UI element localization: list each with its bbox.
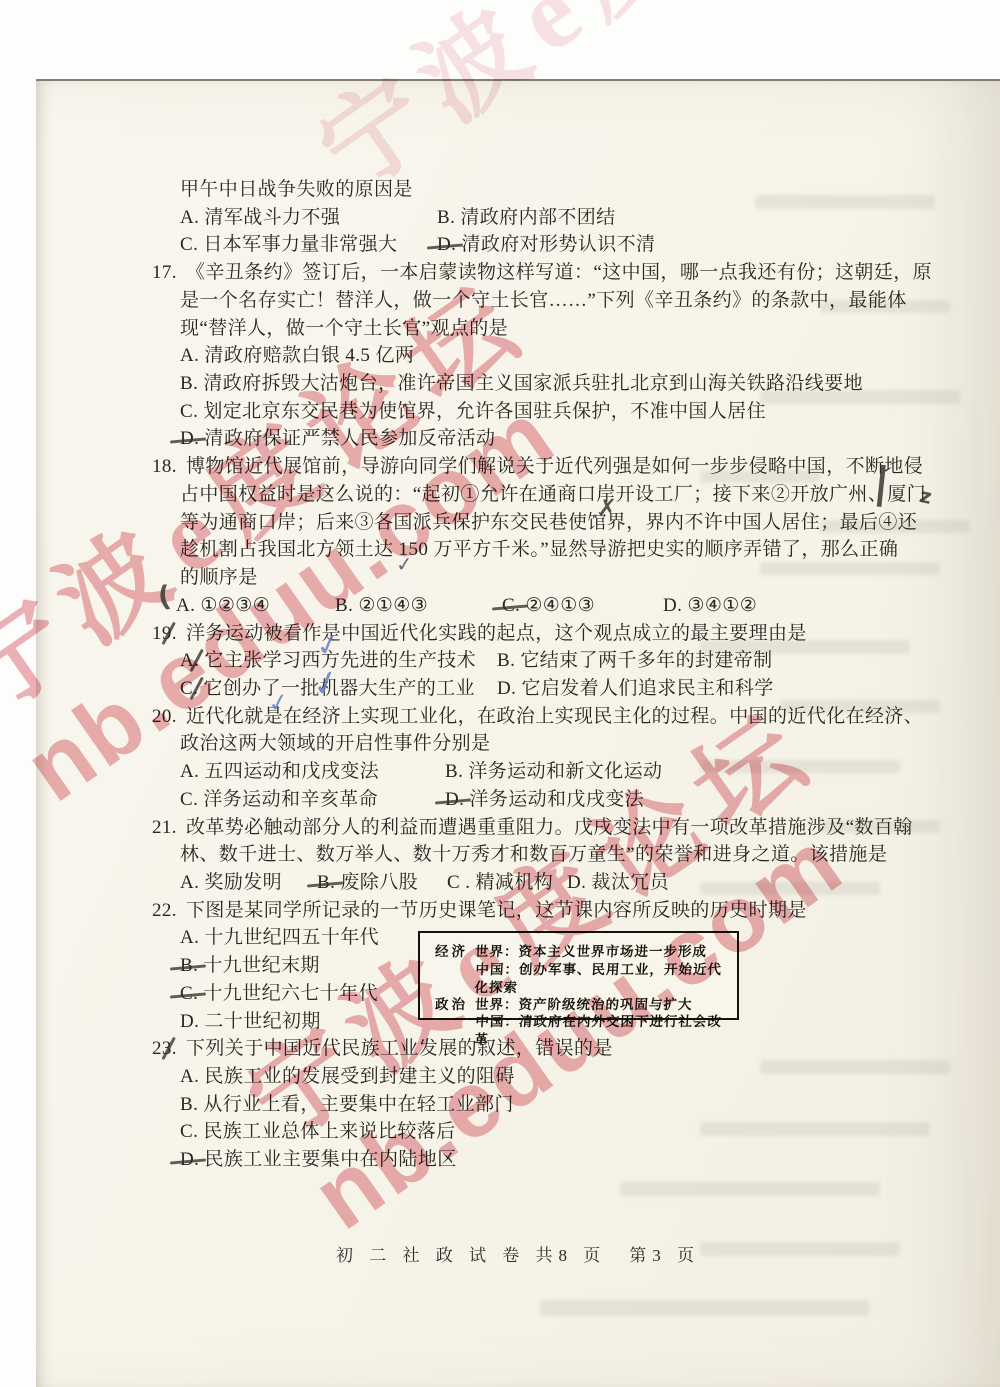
text-segment: B. 十九世纪末期 bbox=[180, 953, 320, 979]
text-segment: C. 日本军事力量非常强大 bbox=[180, 232, 397, 258]
text-segment: B. 从行业上看，主要集中在轻工业部门 bbox=[180, 1092, 514, 1118]
text-segment: D. 清政府对形势认识不清 bbox=[437, 232, 655, 258]
text-segment: 《辛丑条约》签订后，一本启蒙读物这样写道：“这中国，哪一点我还有份；这朝廷，原 bbox=[186, 260, 932, 286]
text-segment: 洋务运动被看作是中国近代化实践的起点，这个观点成立的最主要理由是 bbox=[186, 621, 807, 647]
text-segment: D. 裁汰冗员 bbox=[567, 870, 669, 896]
text-segment: C. ②④①③ bbox=[502, 593, 595, 619]
notes-row: 政治世界：资产阶级统治的巩固与扩大 bbox=[435, 996, 731, 1014]
text-segment: C. 十九世纪六七十年代 bbox=[180, 981, 378, 1007]
notes-label bbox=[435, 961, 475, 996]
text-segment: A. 它主张学习西方先进的生产技术 bbox=[180, 648, 476, 674]
text-row: 政治这两大领域的开启性事件分别是 bbox=[0, 731, 1000, 759]
notes-text: 中国：清政府在内外交困下进行社会改革 bbox=[474, 1013, 732, 1048]
text-row: A. 它主张学习西方先进的生产技术B. 它结束了两千多年的封建帝制 bbox=[0, 648, 1000, 676]
text-segment: 18. bbox=[152, 454, 177, 480]
text-row: A. 奖励发明B. 废除八股C . 精减机构D. 裁汰冗员 bbox=[0, 870, 1000, 898]
text-row: 等为通商口岸；后来③各国派兵保护东交民巷使馆界，界内不许中国人居住；最后④还 bbox=[0, 510, 1000, 538]
text-row: D. 清政府保证严禁人民参加反帝活动 bbox=[0, 426, 1000, 454]
text-segment: 趁机割占我国北方领土达 150 万平方千米。”显然导游把史实的顺序弄错了，那么正… bbox=[180, 537, 898, 563]
text-row: C. 它创办了一批机器大生产的工业D. 它启发着人们追求民主和科学 bbox=[0, 676, 1000, 704]
text-row: B. 从行业上看，主要集中在轻工业部门 bbox=[0, 1092, 1000, 1120]
text-row: 现“替洋人，做一个守土长官”观点的是 bbox=[0, 316, 1000, 344]
text-row: 趁机割占我国北方领土达 150 万平方千米。”显然导游把史实的顺序弄错了，那么正… bbox=[0, 537, 1000, 565]
text-row: 19.洋务运动被看作是中国近代化实践的起点，这个观点成立的最主要理由是 bbox=[0, 621, 1000, 649]
text-row: 22.下图是某同学所记录的一节历史课笔记，这节课内容所反映的历史时期是 bbox=[0, 898, 1000, 926]
lecture-notes-box: 经济世界：资本主义世界市场进一步形成中国：创办军事、民用工业，开始近代化探索政治… bbox=[418, 931, 739, 1020]
text-row: B. 清政府拆毁大沽炮台，准许帝国主义国家派兵驻扎北京到山海关铁路沿线要地 bbox=[0, 371, 1000, 399]
text-segment: C. 它创办了一批机器大生产的工业 bbox=[180, 676, 475, 702]
text-segment: B. 它结束了两千多年的封建帝制 bbox=[497, 648, 773, 674]
text-segment: C . 精减机构 bbox=[447, 870, 553, 896]
text-row: C. 民族工业总体上来说比较落后 bbox=[0, 1119, 1000, 1147]
text-segment: 是一个名存实亡！替洋人，做一个守土长官……”下列《辛丑条约》的条款中，最能体 bbox=[180, 288, 907, 314]
text-segment: 23. bbox=[152, 1036, 177, 1062]
bleed-through-blob bbox=[620, 1182, 880, 1196]
text-segment: 博物馆近代展馆前，导游向同学们解说关于近代列强是如何一步步侵略中国，不断地侵 bbox=[186, 454, 923, 480]
text-segment: B. 清政府内部不团结 bbox=[437, 205, 616, 231]
text-segment: 占中国权益时是这么说的：“起初①允许在通商口岸开设工厂；接下来②开放广州、厦门 bbox=[180, 482, 926, 508]
text-segment: C. 划定北京东交民巷为使馆界，允许各国驻兵保护，不准中国人居住 bbox=[180, 399, 766, 425]
notes-row: 经济世界：资本主义世界市场进一步形成 bbox=[435, 943, 731, 961]
notes-text: 世界：资本主义世界市场进一步形成 bbox=[475, 943, 732, 961]
notes-label: 政治 bbox=[435, 996, 475, 1014]
scanned-exam-page: 甲午中日战争失败的原因是A. 清军战斗力不强B. 清政府内部不团结C. 日本军事… bbox=[0, 0, 1000, 1387]
text-row: 21.改革势必触动部分人的利益而遭遇重重阻力。戊戌变法中有一项改革措施涉及“数百… bbox=[0, 815, 1000, 843]
text-segment: C. 洋务运动和辛亥革命 bbox=[180, 787, 378, 813]
text-row: C. 划定北京东交民巷为使馆界，允许各国驻兵保护，不准中国人居住 bbox=[0, 399, 1000, 427]
text-row: C. 日本军事力量非常强大D. 清政府对形势认识不清 bbox=[0, 232, 1000, 260]
text-row: 是一个名存实亡！替洋人，做一个守土长官……”下列《辛丑条约》的条款中，最能体 bbox=[0, 288, 1000, 316]
text-row: 占中国权益时是这么说的：“起初①允许在通商口岸开设工厂；接下来②开放广州、厦门 bbox=[0, 482, 1000, 510]
text-segment: 改革势必触动部分人的利益而遭遇重重阻力。戊戌变法中有一项改革措施涉及“数百翰 bbox=[186, 815, 913, 841]
text-segment: 近代化就是在经济上实现工业化，在政治上实现民主化的过程。中国的近代化在经济、 bbox=[186, 704, 923, 730]
text-row: 的顺序是 bbox=[0, 565, 1000, 593]
text-row: 甲午中日战争失败的原因是 bbox=[0, 177, 1000, 205]
text-segment: 19. bbox=[152, 621, 177, 647]
text-segment: D. 二十世纪初期 bbox=[180, 1009, 321, 1035]
text-row: 20.近代化就是在经济上实现工业化，在政治上实现民主化的过程。中国的近代化在经济… bbox=[0, 704, 1000, 732]
text-segment: 等为通商口岸；后来③各国派兵保护东交民巷使馆界，界内不许中国人居住；最后④还 bbox=[180, 510, 917, 536]
text-segment: A. 五四运动和戊戌变法 bbox=[180, 759, 379, 785]
text-segment: A. ①②③④ bbox=[176, 593, 270, 619]
text-segment: B. ②①④③ bbox=[335, 593, 428, 619]
notes-row: 中国：创办军事、民用工业，开始近代化探索 bbox=[435, 961, 731, 996]
text-segment: A. 清政府赔款白银 4.5 亿两 bbox=[180, 343, 414, 369]
text-segment: 22. bbox=[152, 898, 177, 924]
text-segment: C. 民族工业总体上来说比较落后 bbox=[180, 1119, 456, 1145]
text-segment: D. ③④①② bbox=[663, 593, 757, 619]
notes-text: 中国：创办军事、民用工业，开始近代化探索 bbox=[474, 961, 732, 996]
text-segment: 现“替洋人，做一个守土长官”观点的是 bbox=[180, 316, 508, 342]
text-row: 18.博物馆近代展馆前，导游向同学们解说关于近代列强是如何一步步侵略中国，不断地… bbox=[0, 454, 1000, 482]
text-segment: 的顺序是 bbox=[180, 565, 258, 591]
text-segment: 20. bbox=[152, 704, 177, 730]
text-segment: A. 十九世纪四五十年代 bbox=[180, 925, 379, 951]
text-row: A. 清军战斗力不强B. 清政府内部不团结 bbox=[0, 205, 1000, 233]
notes-row: 中国：清政府在内外交困下进行社会改革 bbox=[435, 1013, 731, 1048]
text-row: A. 五四运动和戊戌变法B. 洋务运动和新文化运动 bbox=[0, 759, 1000, 787]
text-row: A. ①②③④B. ②①④③C. ②④①③D. ③④①② bbox=[0, 593, 1000, 621]
notes-label bbox=[435, 1013, 475, 1048]
text-row: A. 清政府赔款白银 4.5 亿两 bbox=[0, 343, 1000, 371]
text-segment: D. 民族工业主要集中在内陆地区 bbox=[180, 1147, 457, 1173]
notes-label: 经济 bbox=[435, 943, 475, 961]
text-segment: 林、数千进士、数万举人、数十万秀才和数百万童生”的荣誉和进身之道。该措施是 bbox=[180, 842, 887, 868]
text-row: C. 洋务运动和辛亥革命D. 洋务运动和戊戌变法 bbox=[0, 787, 1000, 815]
text-row: 17.《辛丑条约》签订后，一本启蒙读物这样写道：“这中国，哪一点我还有份；这朝廷… bbox=[0, 260, 1000, 288]
text-segment: 下图是某同学所记录的一节历史课笔记，这节课内容所反映的历史时期是 bbox=[186, 898, 807, 924]
text-segment: A. 奖励发明 bbox=[180, 870, 282, 896]
text-segment: D. 洋务运动和戊戌变法 bbox=[445, 787, 644, 813]
text-segment: D. 它启发着人们追求民主和科学 bbox=[497, 676, 774, 702]
text-segment: D. 清政府保证严禁人民参加反帝活动 bbox=[180, 426, 495, 452]
text-row: D. 民族工业主要集中在内陆地区 bbox=[0, 1147, 1000, 1175]
text-segment: B. 清政府拆毁大沽炮台，准许帝国主义国家派兵驻扎北京到山海关铁路沿线要地 bbox=[180, 371, 863, 397]
text-segment: A. 清军战斗力不强 bbox=[180, 205, 340, 231]
text-segment: B. 废除八股 bbox=[317, 870, 418, 896]
text-segment: 21. bbox=[152, 815, 177, 841]
text-segment: A. 民族工业的发展受到封建主义的阻碍 bbox=[180, 1064, 515, 1090]
text-segment: 政治这两大领域的开启性事件分别是 bbox=[180, 731, 490, 757]
text-row: A. 民族工业的发展受到封建主义的阻碍 bbox=[0, 1064, 1000, 1092]
page-footer: 初 二 社 政 试 卷 共8 页 第3 页 bbox=[36, 1241, 1000, 1266]
text-segment: 17. bbox=[152, 260, 177, 286]
bleed-through-blob bbox=[540, 1300, 870, 1316]
text-segment: B. 洋务运动和新文化运动 bbox=[445, 759, 662, 785]
text-segment: 甲午中日战争失败的原因是 bbox=[180, 177, 413, 203]
text-row: 林、数千进士、数万举人、数十万秀才和数百万童生”的荣誉和进身之道。该措施是 bbox=[0, 842, 1000, 870]
notes-text: 世界：资产阶级统治的巩固与扩大 bbox=[475, 996, 732, 1014]
